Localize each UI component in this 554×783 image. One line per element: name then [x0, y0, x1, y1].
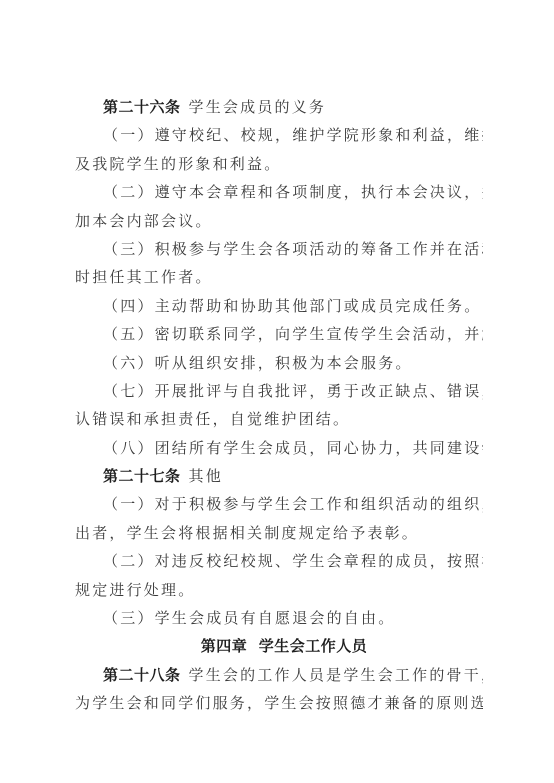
article-text: 学生会的工作人员是学生会工作的骨干，自愿 [189, 666, 483, 684]
chapter-heading: 第四章 学生会工作人员 [75, 632, 483, 660]
paragraph-line: （三）学生会成员有自愿退会的自由。 [75, 604, 483, 632]
paragraph-line: 时担任其工作者。 [75, 263, 483, 291]
paragraph-line: （六）听从组织安排，积极为本会服务。 [75, 349, 483, 377]
paragraph-line: （七）开展批评与自我批评，勇于改正缺点、错误，勇于承 [75, 377, 483, 405]
article-28-heading: 第二十八条学生会的工作人员是学生会工作的骨干，自愿 [75, 661, 483, 689]
paragraph-line: 为学生会和同学们服务，学生会按照德才兼备的原则选拔工作人 [75, 689, 483, 717]
paragraph-line: （四）主动帮助和协助其他部门或成员完成任务。 [75, 292, 483, 320]
article-26-heading: 第二十六条学生会成员的义务 [75, 93, 483, 121]
paragraph-line: 及我院学生的形象和利益。 [75, 150, 483, 178]
paragraph-line: 加本会内部会议。 [75, 207, 483, 235]
article-27-heading: 第二十七条其他 [75, 462, 483, 490]
paragraph-line: 出者，学生会将根据相关制度规定给予表彰。 [75, 519, 483, 547]
article-number: 第二十八条 [103, 666, 181, 684]
paragraph-line: （八）团结所有学生会成员，同心协力，共同建设学生会。 [75, 434, 483, 462]
article-title: 其他 [189, 467, 223, 485]
article-title: 学生会成员的义务 [189, 98, 327, 116]
paragraph-line: 认错误和承担责任，自觉维护团结。 [75, 405, 483, 433]
paragraph-line: 规定进行处理。 [75, 576, 483, 604]
article-number: 第二十七条 [103, 467, 181, 485]
paragraph-line: （二）遵守本会章程和各项制度，执行本会决议，并准时参 [75, 178, 483, 206]
paragraph-line: （五）密切联系同学，向学生宣传学生会活动，并解答疑难。 [75, 320, 483, 348]
paragraph-line: （三）积极参与学生会各项活动的筹备工作并在活动开展 [75, 235, 483, 263]
document-page: 第二十六条学生会成员的义务 （一）遵守校纪、校规，维护学院形象和利益，维护学生会… [75, 93, 483, 718]
paragraph-line: （二）对违反校纪校规、学生会章程的成员，按照相关制度 [75, 547, 483, 575]
paragraph-line: （一）遵守校纪、校规，维护学院形象和利益，维护学生会 [75, 121, 483, 149]
article-number: 第二十六条 [103, 98, 181, 116]
paragraph-line: （一）对于积极参与学生会工作和组织活动的组织，表现突 [75, 490, 483, 518]
